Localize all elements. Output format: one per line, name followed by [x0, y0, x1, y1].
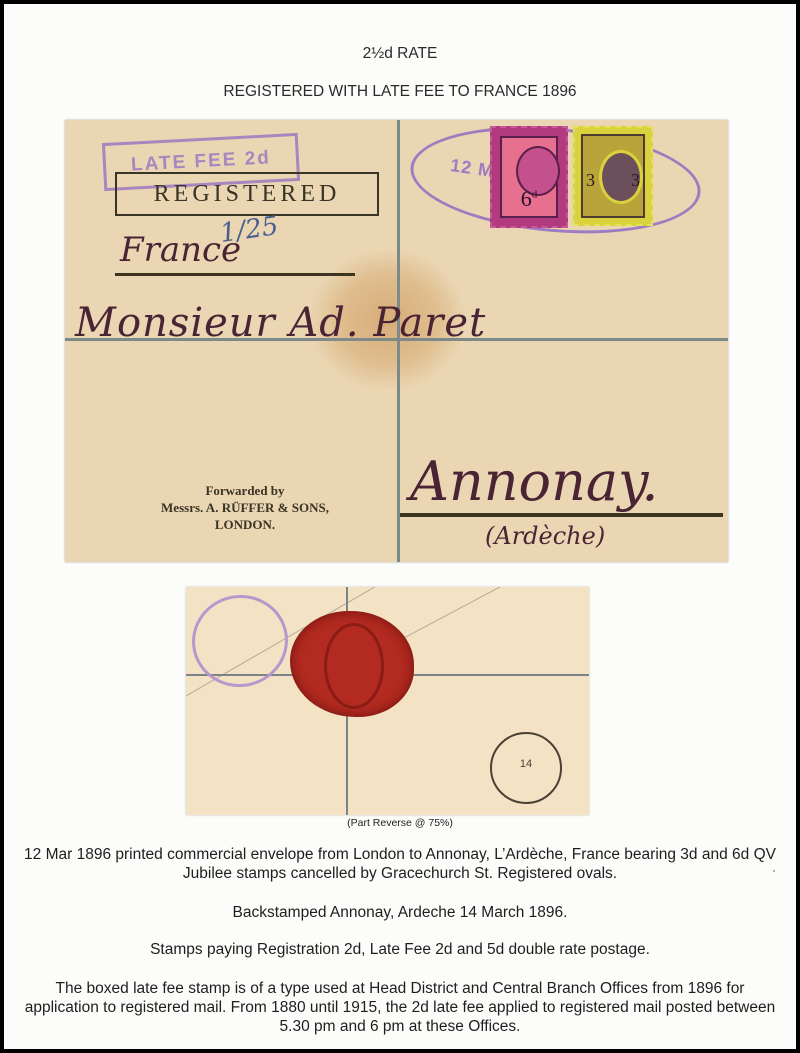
postage-note: Stamps paying Registration 2d, Late Fee … [20, 940, 780, 959]
envelope-reverse-image: 14 [186, 587, 589, 815]
registered-oval-cancel [186, 587, 295, 694]
description-paragraph: 12 Mar 1896 printed commercial envelope … [20, 845, 780, 883]
forwarded-by-imprint: Forwarded by Messrs. A. RÜFFER & SONS, L… [120, 482, 370, 533]
speck [773, 870, 775, 872]
page-title: REGISTERED WITH LATE FEE TO FRANCE 1896 [0, 83, 800, 101]
town-underline [400, 513, 723, 517]
reverse-caption: (Part Reverse @ 75%) [0, 817, 800, 829]
stamp-3d-jubilee: 33 [573, 126, 653, 226]
envelope-front-image: LATE FEE 2d REGISTERED 12 MAR 6d 33 Fran… [65, 120, 728, 562]
registered-label: REGISTERED [115, 172, 379, 216]
manuscript-addressee: Monsieur Ad. Paret [75, 300, 486, 346]
wax-seal [290, 611, 414, 717]
stamp-6d-jubilee: 6d [490, 126, 568, 228]
imprint-line: Forwarded by [120, 482, 370, 499]
late-fee-note: The boxed late fee stamp is of a type us… [20, 979, 780, 1036]
flap-edge [386, 587, 581, 648]
imprint-line: LONDON. [120, 516, 370, 533]
rate-heading: 2½d RATE [0, 45, 800, 63]
annonay-backstamp: 14 [490, 732, 562, 804]
manuscript-town: Annonay. [410, 450, 659, 513]
country-underline [115, 273, 355, 276]
imprint-line: Messrs. A. RÜFFER & SONS, [120, 499, 370, 516]
backstamp-note: Backstamped Annonay, Ardeche 14 March 18… [20, 903, 780, 922]
manuscript-department: (Ardèche) [485, 522, 605, 550]
pencil-note: 1/25 [218, 211, 280, 249]
backstamp-date: 14 [492, 758, 560, 770]
